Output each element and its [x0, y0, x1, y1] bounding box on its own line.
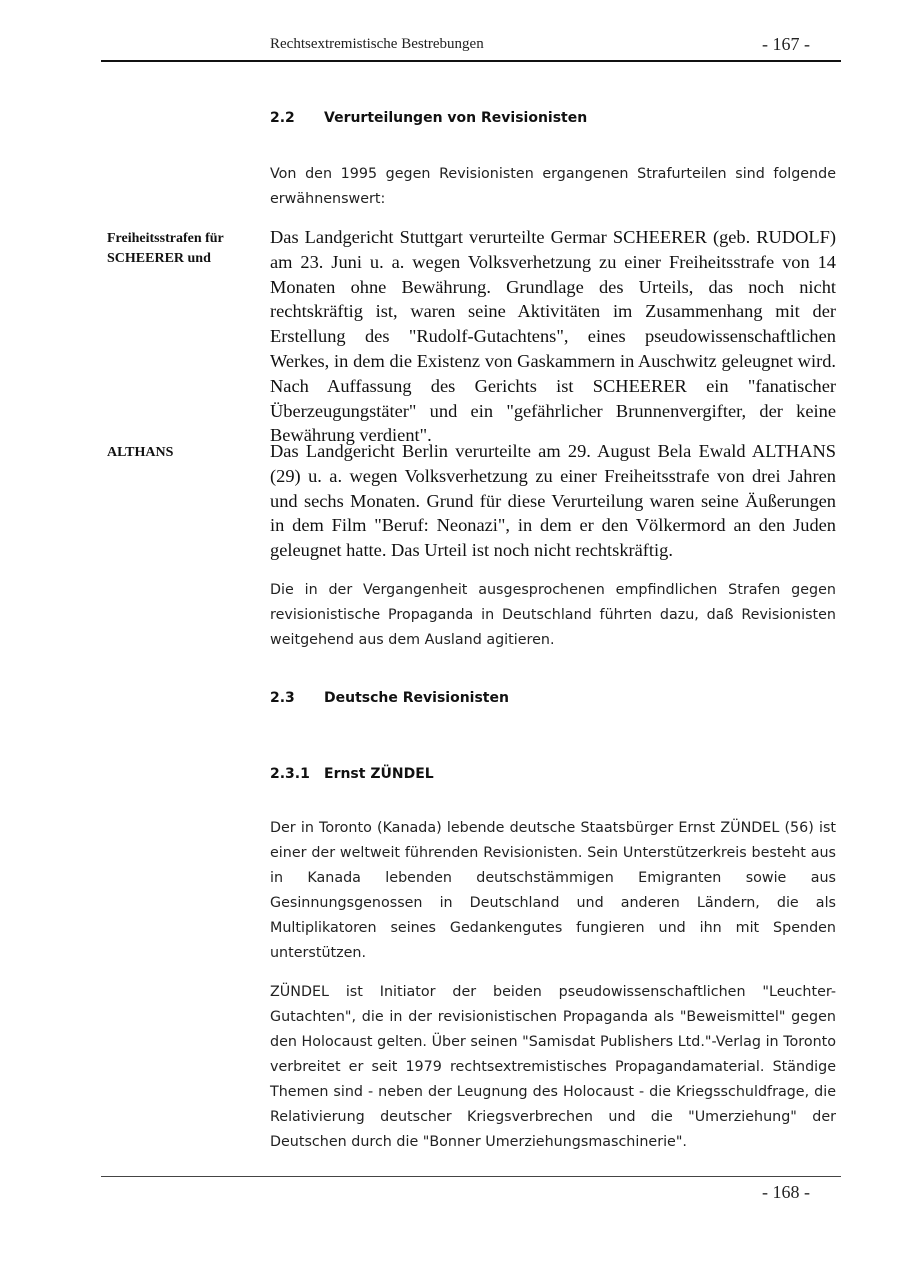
margin-note-scheerer: Freiheitsstrafen für SCHEERER und: [107, 229, 257, 269]
section-heading-2-3-1: 2.3.1Ernst ZÜNDEL: [270, 766, 434, 782]
header-rule: [101, 60, 841, 62]
scheerer-paragraph: Das Landgericht Stuttgart verurteilte Ge…: [270, 225, 836, 448]
footer-page-number: - 168 -: [762, 1182, 810, 1203]
section-number: 2.3.1: [270, 766, 324, 782]
header-page-number: - 167 -: [762, 34, 810, 55]
margin-note-line: Freiheitsstrafen für: [107, 229, 257, 249]
running-header-title: Rechtsextremistische Bestrebungen: [270, 36, 484, 53]
zuendel-paragraph-2: ZÜNDEL ist Initiator der beiden pseudowi…: [270, 980, 836, 1155]
margin-note-althans: ALTHANS: [107, 443, 257, 463]
footer-rule: [101, 1176, 841, 1177]
margin-note-line: SCHEERER und: [107, 249, 257, 269]
section-number: 2.2: [270, 110, 324, 126]
section-title: Ernst ZÜNDEL: [324, 766, 434, 782]
section-number: 2.3: [270, 690, 324, 706]
margin-note-line: ALTHANS: [107, 443, 257, 463]
section-title: Deutsche Revisionisten: [324, 690, 509, 706]
zuendel-paragraph-1: Der in Toronto (Kanada) lebende deutsche…: [270, 816, 836, 966]
section-title: Verurteilungen von Revisionisten: [324, 110, 587, 126]
althans-paragraph: Das Landgericht Berlin verurteilte am 29…: [270, 439, 836, 563]
intro-paragraph: Von den 1995 gegen Revisionisten ergange…: [270, 162, 836, 212]
section-heading-2-3: 2.3Deutsche Revisionisten: [270, 690, 509, 706]
closing-paragraph: Die in der Vergangenheit ausgesprochenen…: [270, 578, 836, 653]
section-heading-2-2: 2.2Verurteilungen von Revisionisten: [270, 110, 587, 126]
